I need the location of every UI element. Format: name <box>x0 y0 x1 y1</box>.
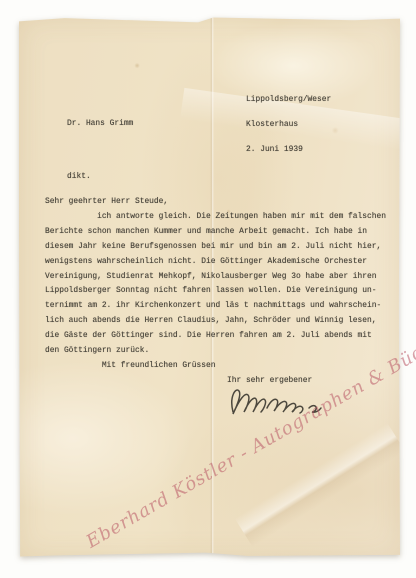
typed-line: ich antworte gleich. Die Zeitungen haben… <box>45 210 386 225</box>
letter-body: Sehr geehrter Herr Steude, ich antworte … <box>45 195 386 374</box>
typed-line: Lippoldsberger Sonntag nicht fahren lass… <box>45 284 386 299</box>
sender-name: Dr. Hans Grimm <box>67 115 133 133</box>
typed-line: wenigstens wahrscheinlich nicht. Die Göt… <box>45 255 386 270</box>
scanned-letter-photo: Dr. Hans Grimm dikt. Lippoldsberg/Weser … <box>0 0 416 578</box>
typed-line: ternimmt am 2. ihr Kirchenkonzert und lä… <box>45 299 386 314</box>
bottom-right-crease <box>235 423 400 547</box>
dateline-date: 2. Juni 1939 <box>246 146 331 154</box>
typed-line: den Göttingern zurück. <box>45 344 386 359</box>
letter-sheet: Dr. Hans Grimm dikt. Lippoldsberg/Weser … <box>19 17 400 557</box>
typed-line: diesem Jahr keine Berufsgenossen bei mir… <box>45 240 386 255</box>
paper-surface: Dr. Hans Grimm dikt. Lippoldsberg/Weser … <box>19 17 400 557</box>
handwritten-signature-scrawl <box>226 386 334 418</box>
typed-line: Mit freundlichen Grüssen <box>45 359 386 374</box>
typed-line: lich auch abends die Herren Claudius, Ja… <box>45 314 386 329</box>
dateline-place: Lippoldsberg/Weser <box>246 96 331 104</box>
typed-line: Sehr geehrter Herr Steude, <box>45 195 386 210</box>
sender-note: dikt. <box>67 168 133 186</box>
typed-line: Vereinigung, Studienrat Mehkopf, Nikolau… <box>45 270 386 285</box>
dateline-building: Klosterhaus <box>246 121 331 129</box>
valediction: Ihr sehr ergebener <box>227 376 312 385</box>
typed-line: Berichte schon manchen Kummer und manche… <box>45 225 386 240</box>
dateline-block: Lippoldsberg/Weser Klosterhaus 2. Juni 1… <box>246 79 331 171</box>
typed-line: die Gäste der Göttinger sind. Die Herren… <box>45 329 386 344</box>
